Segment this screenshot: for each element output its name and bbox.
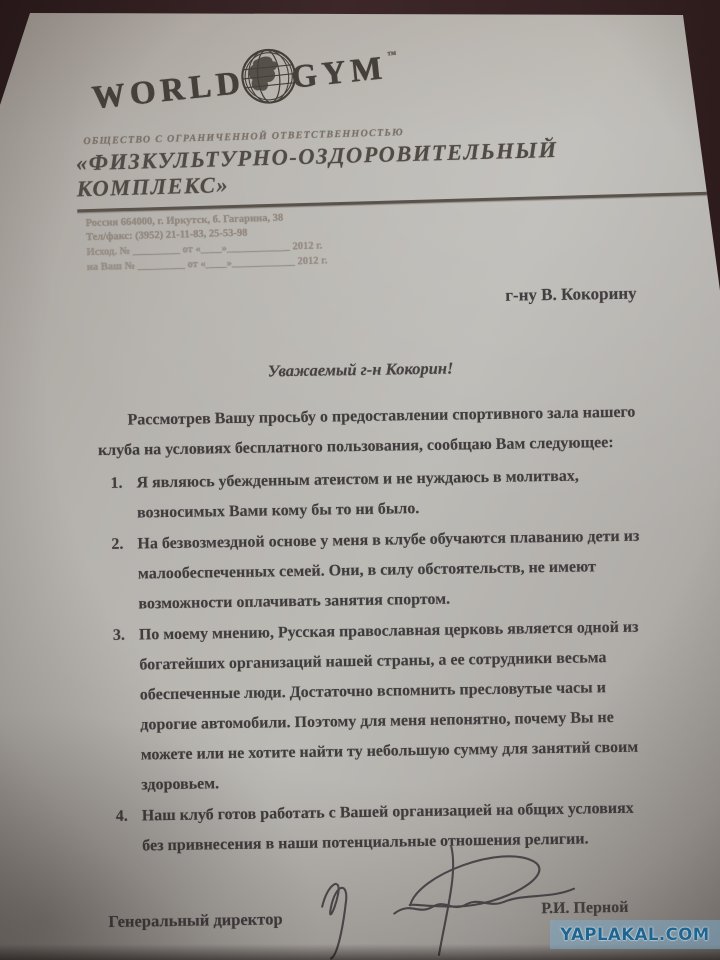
- logo-word-gym: GYM: [289, 50, 388, 97]
- item-text: По моему мнению, Русская православная це…: [139, 612, 654, 800]
- signoff-role: Генеральный директор: [108, 909, 282, 932]
- letter-paper: WORLD GYM ™: [0, 0, 720, 960]
- item-text: Я являюсь убежденным атеистом и не нужда…: [136, 460, 649, 528]
- letter-body: Рассмотрев Вашу просьбу о предоставлении…: [97, 397, 659, 863]
- recipient-line: г-ну В. Кокорину: [505, 284, 637, 306]
- item-number: 3.: [113, 621, 125, 651]
- salutation-line: Уважаемый г-н Кокорин!: [268, 359, 454, 382]
- trademark-symbol: ™: [387, 49, 397, 60]
- item-number: 1.: [110, 469, 122, 499]
- watermark: YAPLAKAL.COM: [550, 920, 720, 949]
- numbered-item: 1. Я являюсь убежденным атеистом и не ну…: [98, 460, 654, 529]
- logo-word-world: WORLD: [90, 65, 246, 118]
- letterhead: ОБЩЕСТВО С ОГРАНИЧЕННОЙ ОТВЕТСТВЕННОСТЬЮ…: [75, 118, 719, 275]
- signoff-name: Р.И. Перной: [541, 899, 628, 918]
- numbered-item: 2. На безвозмездной основе у меня в клуб…: [99, 521, 655, 620]
- item-number: 2.: [111, 530, 123, 560]
- item-text: На безвозмездной основе у меня в клубе о…: [137, 521, 650, 619]
- numbered-item: 3. По моему мнению, Русская православная…: [101, 612, 659, 801]
- world-gym-logo: WORLD GYM ™: [89, 34, 401, 132]
- item-number: 4.: [116, 802, 128, 832]
- intro-paragraph: Рассмотрев Вашу просьбу о предоставлении…: [97, 397, 653, 466]
- photo-background: WORLD GYM ™: [0, 0, 720, 960]
